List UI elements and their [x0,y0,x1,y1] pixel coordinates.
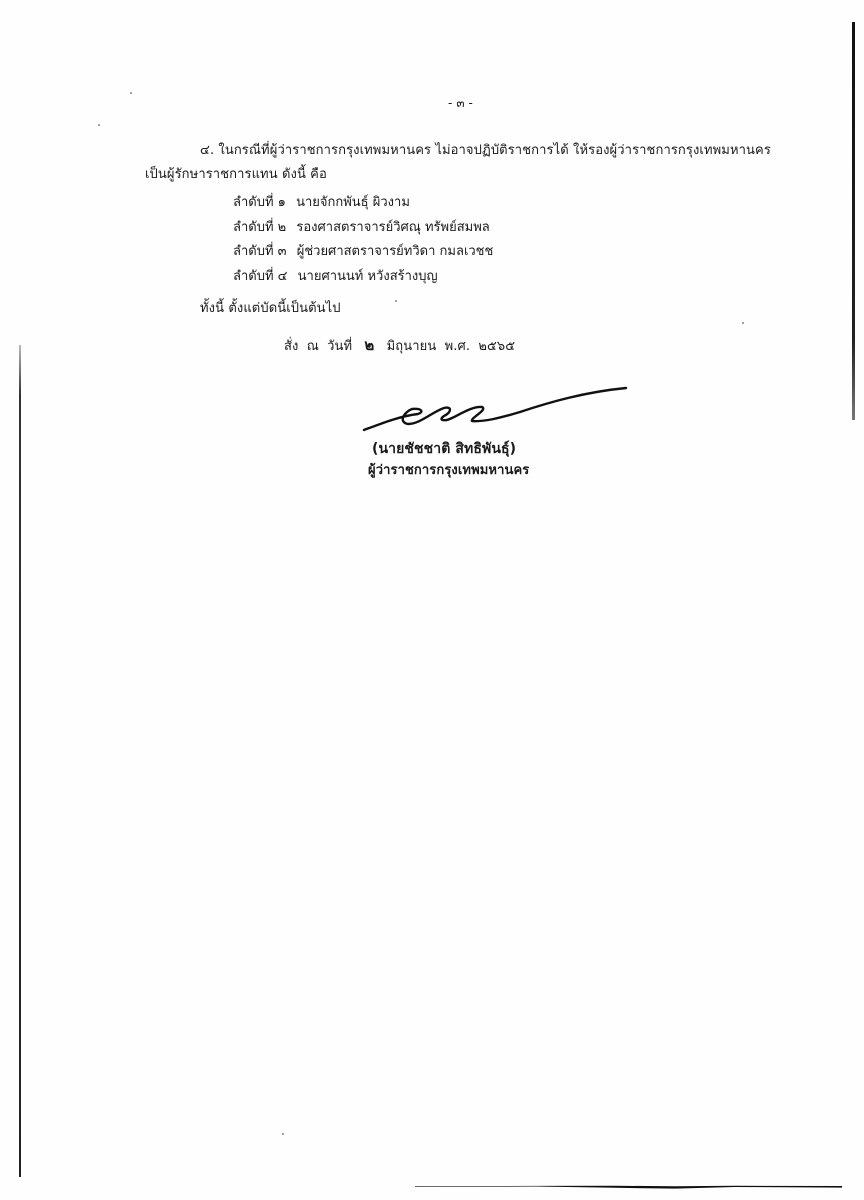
acting-person-name: ผู้ช่วยศาสตราจารย์ทวิดา กมลเวชช [297,244,494,259]
page-number: - ๓ - [448,94,473,112]
acting-person-name: นายจักกพันธุ์ ผิวงาม [296,195,410,210]
order-date: สั่ง ณ วันที่ ๒ มิถุนายน พ.ศ. ๒๕๖๕ [284,336,515,356]
document-page: - ๓ - ๔. ในกรณีที่ผู้ว่าราชการกรุงเทพมหา… [0,0,864,1200]
paragraph-line-1: ๔. ในกรณีที่ผู้ว่าราชการกรุงเทพมหานคร ไม… [200,142,771,160]
scan-speck [282,1133,284,1135]
signer-name: (นายชัชชาติ สิทธิพันธุ์) [372,440,516,458]
acting-order-item: ลำดับที่ ๒ รองศาสตราจารย์วิศณุ ทรัพย์สมพ… [233,216,493,241]
scan-edge-bottom [415,1185,842,1189]
signer-title: ผู้ว่าราชการกรุงเทพมหานคร [368,462,529,480]
closing-statement: ทั้งนี้ ตั้งแต่บัดนี้เป็นต้นไป [200,300,341,318]
acting-order-item: ลำดับที่ ๑ นายจักกพันธุ์ ผิวงาม [233,191,493,216]
scan-edge-left [19,345,21,1177]
order-label: ลำดับที่ ๒ [233,216,286,241]
order-date-prefix: สั่ง ณ วันที่ [284,339,352,354]
acting-person-name: รองศาสตราจารย์วิศณุ ทรัพย์สมพล [296,220,489,235]
acting-order-list: ลำดับที่ ๑ นายจักกพันธุ์ ผิวงาม ลำดับที่… [233,191,493,289]
order-label: ลำดับที่ ๑ [233,191,286,216]
scan-speck [98,124,100,126]
acting-order-item: ลำดับที่ ๓ ผู้ช่วยศาสตราจารย์ทวิดา กมลเว… [233,240,493,265]
order-date-month-year: มิถุนายน พ.ศ. ๒๕๖๕ [387,339,516,354]
order-label: ลำดับที่ ๔ [233,265,288,290]
scan-edge-right [852,22,855,420]
scan-speck [742,322,744,324]
acting-person-name: นายศานนท์ หวังสร้างบุญ [298,269,438,284]
order-label: ลำดับที่ ๓ [233,240,287,265]
acting-order-item: ลำดับที่ ๔ นายศานนท์ หวังสร้างบุญ [233,265,493,290]
scan-speck [395,300,397,302]
signature-icon [360,372,630,432]
scan-speck [130,92,132,94]
order-date-day: ๒ [364,336,374,354]
paragraph-line-2: เป็นผู้รักษาราชการแทน ดังนี้ คือ [145,166,327,184]
